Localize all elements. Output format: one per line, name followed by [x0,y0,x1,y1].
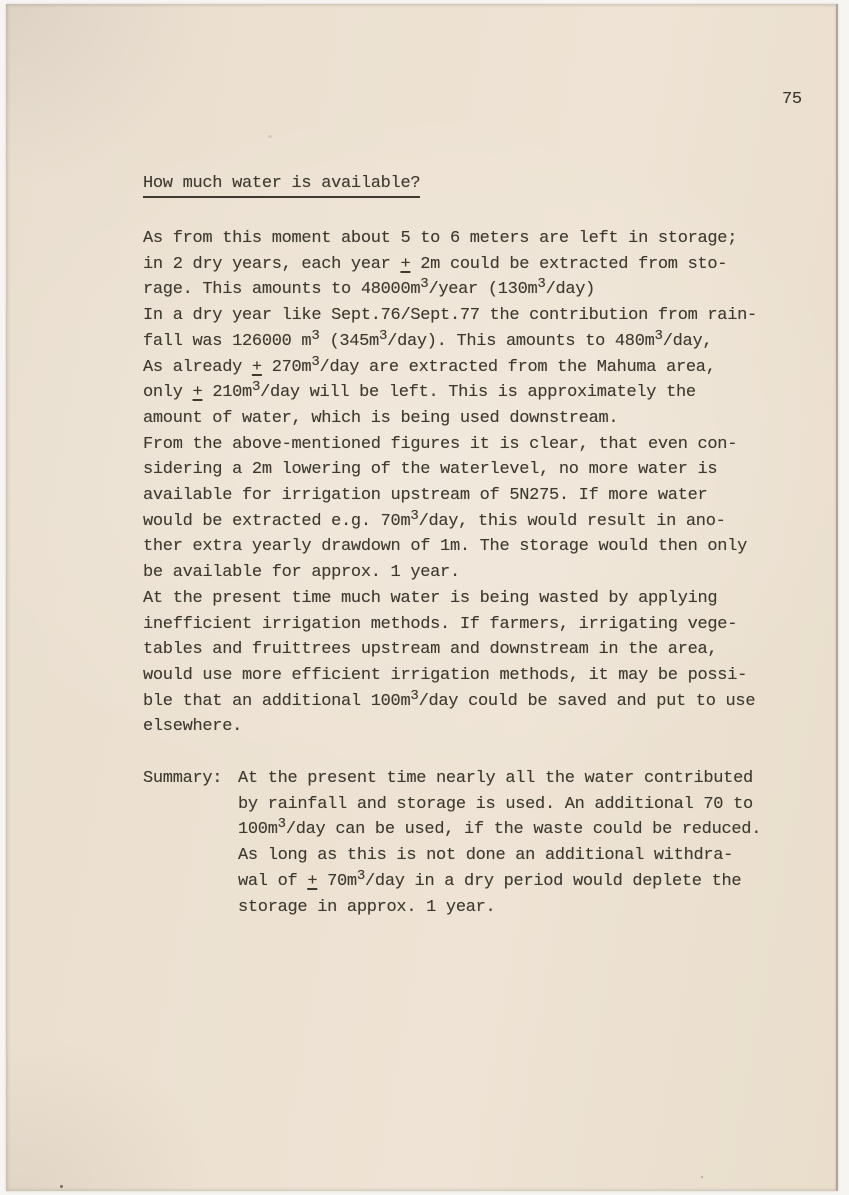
body-paragraph: As from this moment about 5 to 6 meters … [143,226,823,740]
scan-background: 75 How much water is available? As from … [0,0,849,1195]
text-line: would be extracted e.g. 70m3/day, this w… [143,509,823,535]
text-line: sidering a 2m lowering of the waterlevel… [143,457,823,483]
text-line: elsewhere. [143,714,823,740]
text-line: only + 210m3/day will be left. This is a… [143,380,823,406]
text-line: At the present time much water is being … [143,586,823,612]
text-line: fall was 126000 m3 (345m3/day). This amo… [143,329,823,355]
text-line: In a dry year like Sept.76/Sept.77 the c… [143,303,823,329]
text-line: inefficient irrigation methods. If farme… [143,612,823,638]
page-title: How much water is available? [143,174,420,198]
text-line: tables and fruittrees upstream and downs… [143,637,823,663]
text-line: ther extra yearly drawdown of 1m. The st… [143,534,823,560]
text-line: rage. This amounts to 48000m3/year (130m… [143,277,823,303]
scan-speck [268,135,272,138]
text-line: storage in approx. 1 year. [238,895,761,921]
text-line: amount of water, which is being used dow… [143,406,823,432]
text-line: As long as this is not done an additiona… [238,843,761,869]
text-line: wal of + 70m3/day in a dry period would … [238,869,761,895]
text-line: be available for approx. 1 year. [143,560,823,586]
document-page: 75 How much water is available? As from … [6,4,838,1191]
summary-section: Summary: At the present time nearly all … [143,766,761,920]
text-line: by rainfall and storage is used. An addi… [238,792,761,818]
text-line: At the present time nearly all the water… [238,766,761,792]
text-line: ble that an additional 100m3/day could b… [143,689,823,715]
text-line: From the above-mentioned figures it is c… [143,432,823,458]
text-line: available for irrigation upstream of 5N2… [143,483,823,509]
page-number: 75 [782,90,802,110]
summary-paragraph: At the present time nearly all the water… [238,766,761,920]
scan-speck [701,1176,703,1178]
summary-label: Summary: [143,766,238,792]
scan-speck [60,1185,63,1188]
text-line: As already + 270m3/day are extracted fro… [143,355,823,381]
text-line: 100m3/day can be used, if the waste coul… [238,817,761,843]
text-line: in 2 dry years, each year + 2m could be … [143,252,823,278]
text-line: As from this moment about 5 to 6 meters … [143,226,823,252]
text-line: would use more efficient irrigation meth… [143,663,823,689]
